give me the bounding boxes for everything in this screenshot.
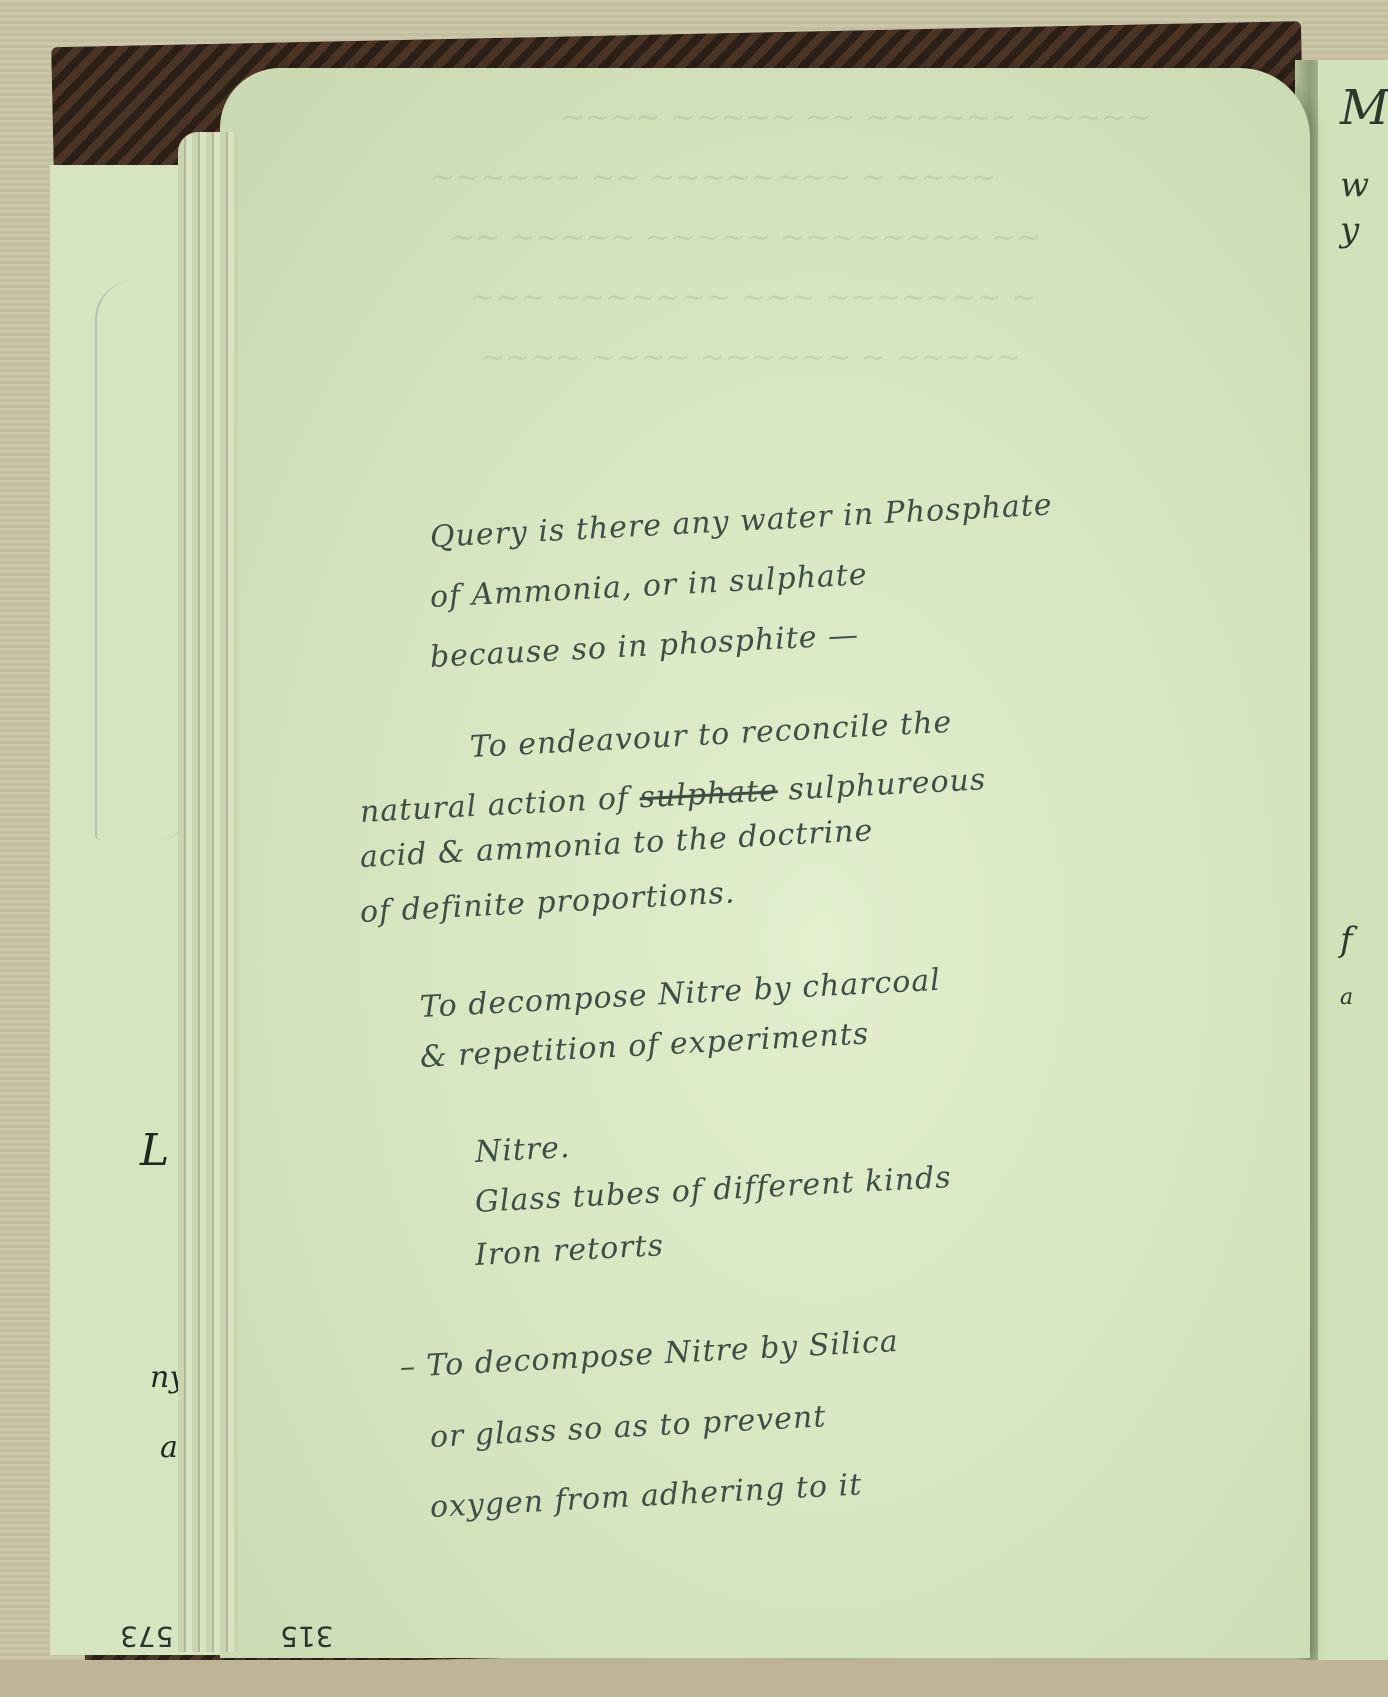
right-page-fragment: f: [1340, 920, 1353, 960]
bleed-through-text: ~~ ~~~~~ ~~~~~ ~~~~~~~~ ~~: [450, 220, 1041, 255]
manuscript-list-item: Nitre.: [474, 1130, 571, 1170]
right-page: [1318, 60, 1388, 1660]
page-number: 315: [280, 1620, 333, 1653]
bleed-through-text: ~~~~ ~~~~~ ~~ ~~~~~~ ~~~~~: [560, 100, 1151, 135]
bleed-through-text: ~~~~ ~~~~ ~~~~~~ ~ ~~~~~: [480, 340, 1021, 375]
left-page-number: 573: [120, 1620, 173, 1653]
right-page-fragment: M: [1340, 80, 1388, 136]
struck-out-word: sulphate: [639, 773, 779, 815]
page-edges: [178, 132, 238, 1652]
left-page-fragment: L: [140, 1125, 169, 1176]
table-surface: [0, 1660, 1388, 1697]
right-page-fragment: y: [1340, 210, 1359, 250]
pencil-sketch: [95, 280, 189, 840]
right-page-fragment: a: [1340, 985, 1353, 1010]
bleed-through-text: ~~~ ~~~~~~~ ~~~ ~~~~~~~ ~: [470, 280, 1036, 315]
bleed-through-text: ~~~~~~ ~~ ~~~~~~~~ ~ ~~~~: [430, 160, 996, 195]
right-page-fragment: w: [1340, 165, 1369, 205]
